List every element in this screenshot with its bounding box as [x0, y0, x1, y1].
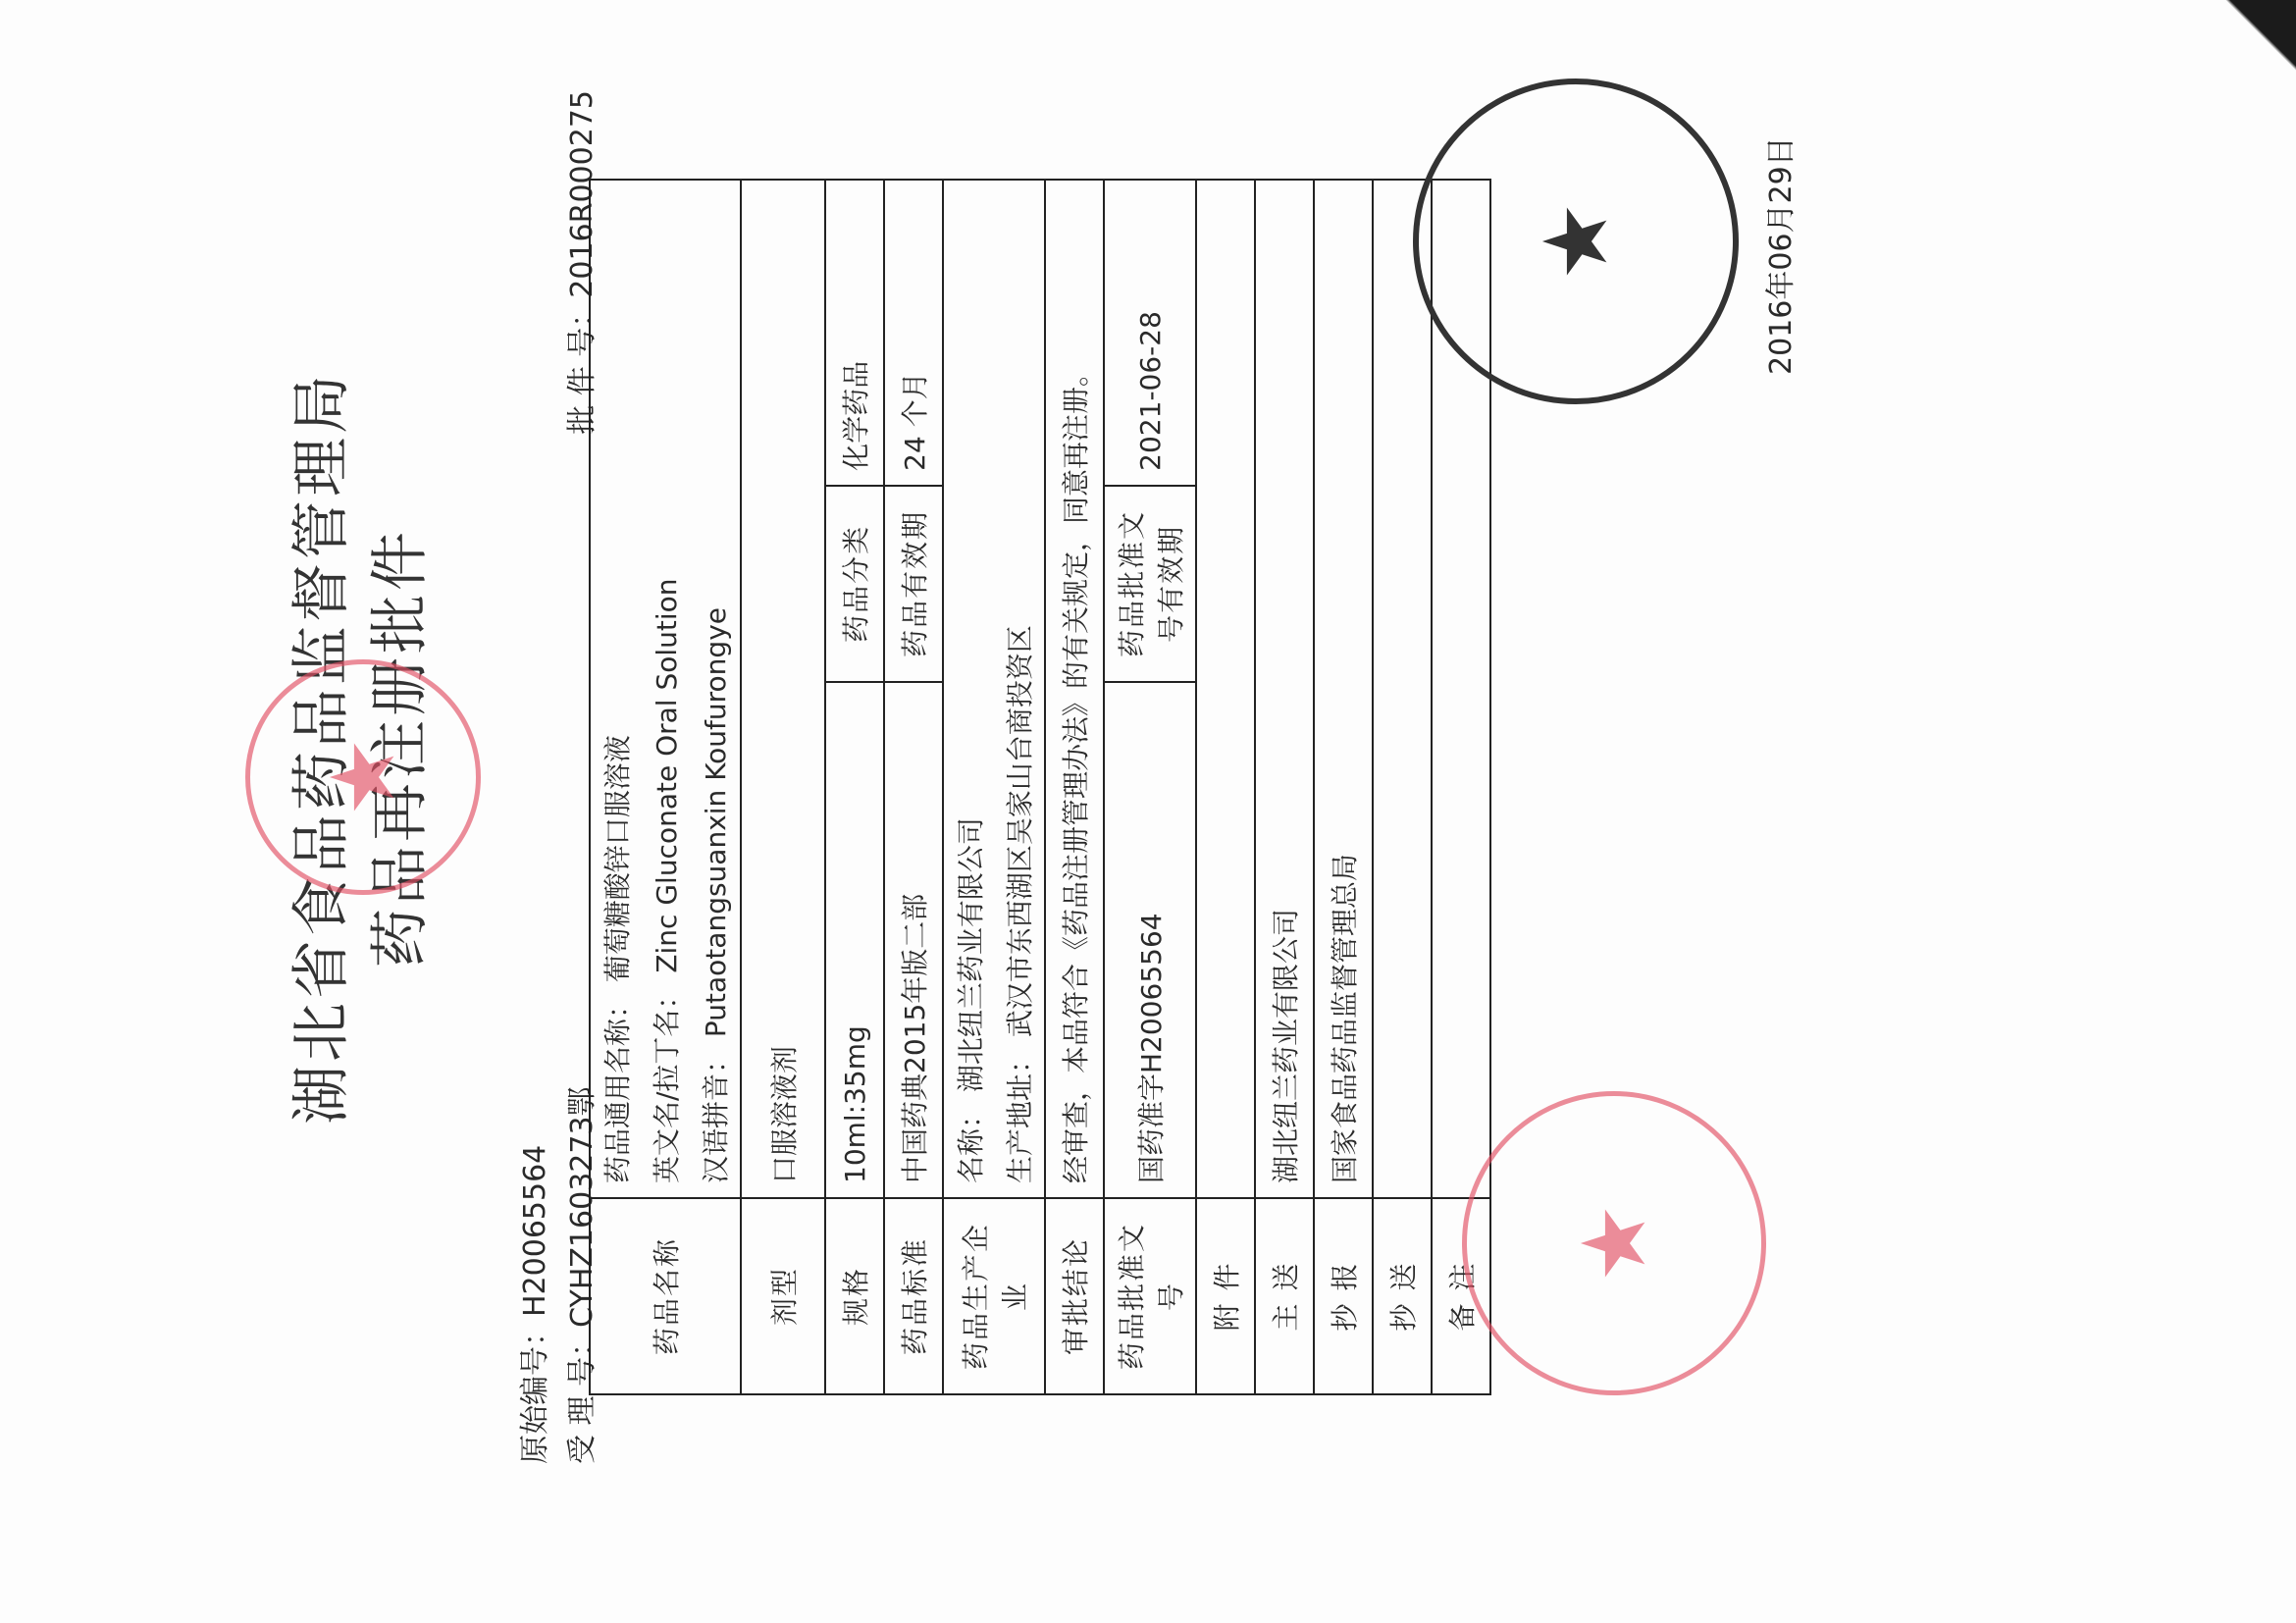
seal-date: 2016年06月29日 — [1756, 136, 1800, 375]
conclusion-label: 审批结论 — [1045, 1198, 1104, 1394]
shelf-life-value: 24 个月 — [884, 180, 943, 486]
star-icon: ★ — [1563, 1204, 1666, 1283]
attachment-value — [1196, 180, 1255, 1198]
approval-doc-value: 国药准字H20065564 — [1104, 682, 1196, 1198]
conclusion-value: 经审查，本品符合《药品注册管理办法》的有关规定，同意再注册。 — [1045, 180, 1104, 1198]
company-seal-bottom: ★ — [1462, 1091, 1766, 1395]
star-icon: ★ — [1525, 202, 1628, 282]
original-number: 原始编号：H20065564 — [510, 1145, 557, 1464]
report-to-value: 国家食品药品监督管理总局 — [1314, 180, 1373, 1198]
standard-value: 中国药典2015年版二部 — [884, 682, 943, 1198]
report-to-label: 抄 报 — [1314, 1198, 1373, 1394]
star-icon: ★ — [312, 738, 415, 817]
drug-name-value: 药品通用名称： 葡萄糖酸锌口服溶液 英文名/拉丁名： Zinc Gluconat… — [590, 180, 741, 1198]
company-seal-top: ★ — [245, 659, 481, 895]
category-label: 药品分类 — [825, 486, 884, 682]
category-value: 化学药品 — [825, 180, 884, 486]
agency-seal: ★ — [1413, 79, 1739, 404]
main-recipient-label: 主 送 — [1255, 1198, 1314, 1394]
standard-label: 药品标准 — [884, 1198, 943, 1394]
main-recipient-value: 湖北纽兰药业有限公司 — [1255, 180, 1314, 1198]
approval-doc-label: 药品批准文号 — [1104, 1198, 1196, 1394]
approval-table: 药品名称 药品通用名称： 葡萄糖酸锌口服溶液 英文名/拉丁名： Zinc Glu… — [589, 179, 1491, 1395]
copy-to-value — [1373, 180, 1432, 1198]
attachment-label: 附 件 — [1196, 1198, 1255, 1394]
approval-validity-label: 药品批准文号有效期 — [1104, 486, 1196, 682]
dosage-form-label: 剂型 — [741, 1198, 825, 1394]
registration-approval-document: 湖北省食品药品监督管理局 药品再注册批件 原始编号：H20065564 受 理 … — [392, 0, 1776, 1503]
approval-validity-value: 2021-06-28 — [1104, 180, 1196, 486]
manufacturer-value: 名称： 湖北纽兰药业有限公司 生产地址： 武汉市东西湖区吴家山台商投资区 — [943, 180, 1045, 1198]
scan-edge — [2178, 0, 2296, 118]
dosage-form-value: 口服溶液剂 — [741, 180, 825, 1198]
copy-to-label: 抄 送 — [1373, 1198, 1432, 1394]
shelf-life-label: 药品有效期 — [884, 486, 943, 682]
drug-name-label: 药品名称 — [590, 1198, 741, 1394]
manufacturer-label: 药品生产企业 — [943, 1198, 1045, 1394]
spec-label: 规格 — [825, 1198, 884, 1394]
spec-value: 10ml:35mg — [825, 682, 884, 1198]
